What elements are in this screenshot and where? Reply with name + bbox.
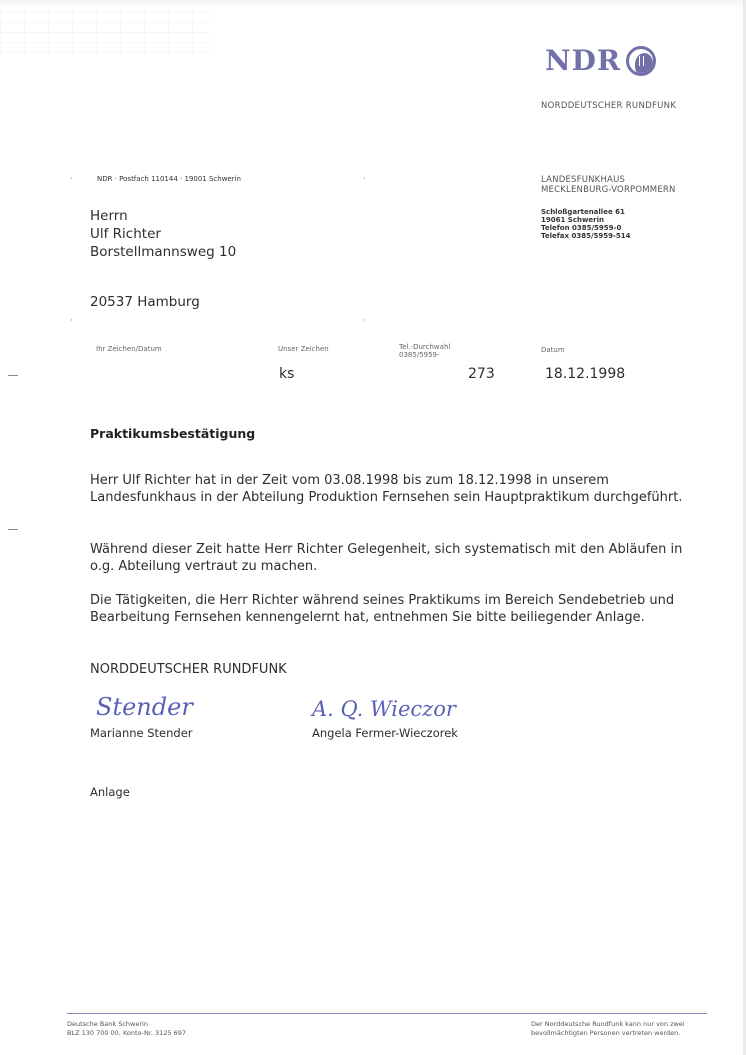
- durchwahl-value: 273: [468, 366, 495, 382]
- station-address: Schloßgartenallee 61 19061 Schwerin Tele…: [541, 208, 631, 240]
- station-header: LANDESFUNKHAUS MECKLENBURG-VORPOMMERN: [541, 175, 676, 195]
- recipient-address: Herrn Ulf Richter Borstellmannsweg 10: [90, 207, 236, 261]
- station-street: Schloßgartenallee 61: [541, 208, 631, 216]
- station-city: 19061 Schwerin: [541, 216, 631, 224]
- unser-zeichen-label: Unser Zeichen: [278, 345, 329, 353]
- durchwahl-label: Tel.-Durchwahl 0385/5959-: [399, 343, 450, 359]
- signature-scribble-wieczorek: A. Q. Wieczor: [312, 697, 456, 721]
- punch-dot: ·: [70, 174, 73, 184]
- recipient-salutation: Herrn: [90, 207, 236, 225]
- enclosure-note: Anlage: [90, 785, 130, 799]
- signatory-name-1: Marianne Stender: [90, 726, 193, 740]
- station-phone: Telefon 0385/5959-0: [541, 224, 631, 232]
- fold-mark: [8, 375, 18, 376]
- sender-return-address: NDR · Postfach 110144 · 19001 Schwerin: [97, 175, 241, 183]
- recipient-city: 20537 Hamburg: [90, 294, 200, 310]
- footer-bank-info: Deutsche Bank Schwerin BLZ 130 700 00, K…: [67, 1020, 186, 1038]
- bank-name: Deutsche Bank Schwerin: [67, 1020, 186, 1029]
- ndr-emblem-icon: [626, 46, 656, 76]
- punch-dot: ·: [363, 174, 366, 184]
- scan-edge-top: [0, 0, 746, 8]
- durchwahl-prefix: 0385/5959-: [399, 351, 450, 359]
- punch-dot: ·: [70, 316, 73, 326]
- legal-line-2: bevollmächtigten Personen vertreten werd…: [531, 1029, 685, 1038]
- logo-text: NDR: [545, 44, 621, 77]
- datum-label: Datum: [541, 346, 565, 354]
- ihr-zeichen-label: Ihr Zeichen/Datum: [96, 345, 162, 353]
- punch-dot: ·: [363, 316, 366, 326]
- fold-mark: [8, 529, 18, 530]
- durchwahl-label-text: Tel.-Durchwahl: [399, 343, 450, 351]
- body-paragraph-3: Die Tätigkeiten, die Herr Richter währen…: [90, 592, 690, 626]
- station-line-2: MECKLENBURG-VORPOMMERN: [541, 185, 676, 195]
- organization-name: NORDDEUTSCHER RUNDFUNK: [541, 101, 676, 111]
- body-paragraph-1: Herr Ulf Richter hat in der Zeit vom 03.…: [90, 472, 690, 506]
- letter-subject: Praktikumsbestätigung: [90, 426, 255, 441]
- footer-legal-note: Der Norddeutsche Rundfunk kann nur von z…: [531, 1020, 685, 1038]
- legal-line-1: Der Norddeutsche Rundfunk kann nur von z…: [531, 1020, 685, 1029]
- datum-value: 18.12.1998: [545, 366, 625, 382]
- ndr-logo: NDR: [545, 44, 656, 77]
- footer-divider: [67, 1013, 707, 1014]
- signatory-name-2: Angela Fermer-Wieczorek: [312, 726, 458, 740]
- station-line-1: LANDESFUNKHAUS: [541, 175, 676, 185]
- scan-artifact: [0, 8, 210, 53]
- closing-organization: NORDDEUTSCHER RUNDFUNK: [90, 662, 287, 677]
- body-paragraph-2: Während dieser Zeit hatte Herr Richter G…: [90, 541, 690, 575]
- recipient-name: Ulf Richter: [90, 225, 236, 243]
- bank-account: BLZ 130 700 00, Konto-Nr. 3125 697: [67, 1029, 186, 1038]
- unser-zeichen-value: ks: [279, 366, 294, 382]
- signature-scribble-stender: Stender: [96, 693, 193, 721]
- station-fax: Telefax 0385/5959-514: [541, 232, 631, 240]
- recipient-street: Borstellmannsweg 10: [90, 243, 236, 261]
